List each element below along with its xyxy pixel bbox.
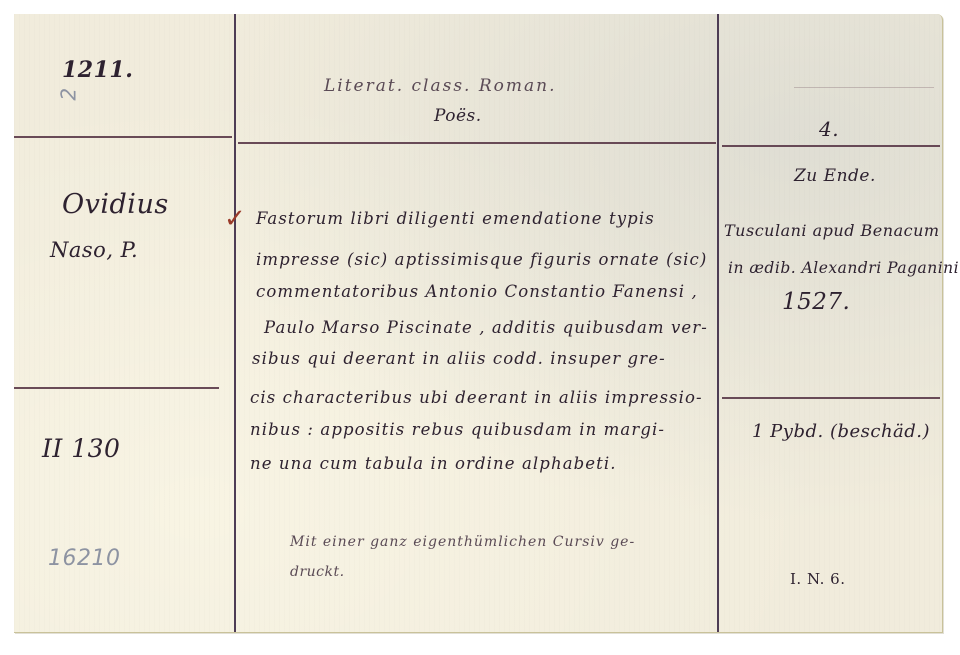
imprint-place: Tusculani apud Benacum — [724, 221, 940, 240]
imprint-year: 1527. — [782, 289, 850, 315]
binding-note-line: Mit einer ganz eigenthümlichen Cursiv ge… — [290, 534, 635, 550]
author-name: Naso, P. — [50, 238, 138, 262]
title-line: cis characteribus ubi deerant in aliis i… — [250, 388, 703, 407]
title-line: Fastorum libri diligenti emendatione typ… — [256, 209, 655, 228]
volume-count: 1 Pybd. (beschäd.) — [752, 421, 930, 442]
right-column-divider — [717, 14, 719, 632]
entry-number: 1211. — [62, 57, 133, 83]
right-faint-rule — [794, 87, 934, 88]
middle-header-rule — [238, 142, 716, 144]
title-line: sibus qui deerant in aliis codd. insuper… — [252, 349, 666, 368]
shelfmark: II 130 — [42, 434, 120, 463]
binding-note-line: druckt. — [290, 564, 345, 580]
title-line: Paulo Marso Piscinate , additis quibusda… — [264, 318, 708, 337]
author-surname: Ovidius — [62, 189, 169, 220]
location-mark: I. N. 6. — [790, 570, 845, 588]
left-column-divider — [234, 14, 236, 632]
left-upper-rule — [14, 136, 232, 138]
right-upper-rule — [722, 145, 940, 147]
title-line: ne una cum tabula in ordine alphabeti. — [250, 454, 617, 473]
check-mark-icon: ✓ — [224, 204, 246, 234]
left-lower-rule — [14, 387, 219, 389]
completeness-note: Zu Ende. — [794, 166, 876, 186]
right-lower-rule — [722, 397, 940, 399]
title-line: nibus : appositis rebus quibusdam in mar… — [250, 420, 665, 439]
pencil-accession-number: 16210 — [48, 546, 121, 571]
classification-line-2: Poës. — [434, 106, 482, 126]
catalogue-card: 1211. 2 Ovidius Naso, P. II 130 16210 Li… — [14, 14, 943, 633]
title-line: impresse (sic) aptissimisque figuris orn… — [256, 250, 707, 269]
format: 4. — [819, 117, 839, 141]
pencil-mark: 2 — [57, 87, 81, 100]
classification-line-1: Literat. class. Roman. — [324, 76, 557, 96]
title-line: commentatoribus Antonio Constantio Fanen… — [256, 282, 698, 301]
imprint-printer: in ædib. Alexandri Paganini — [728, 259, 959, 277]
